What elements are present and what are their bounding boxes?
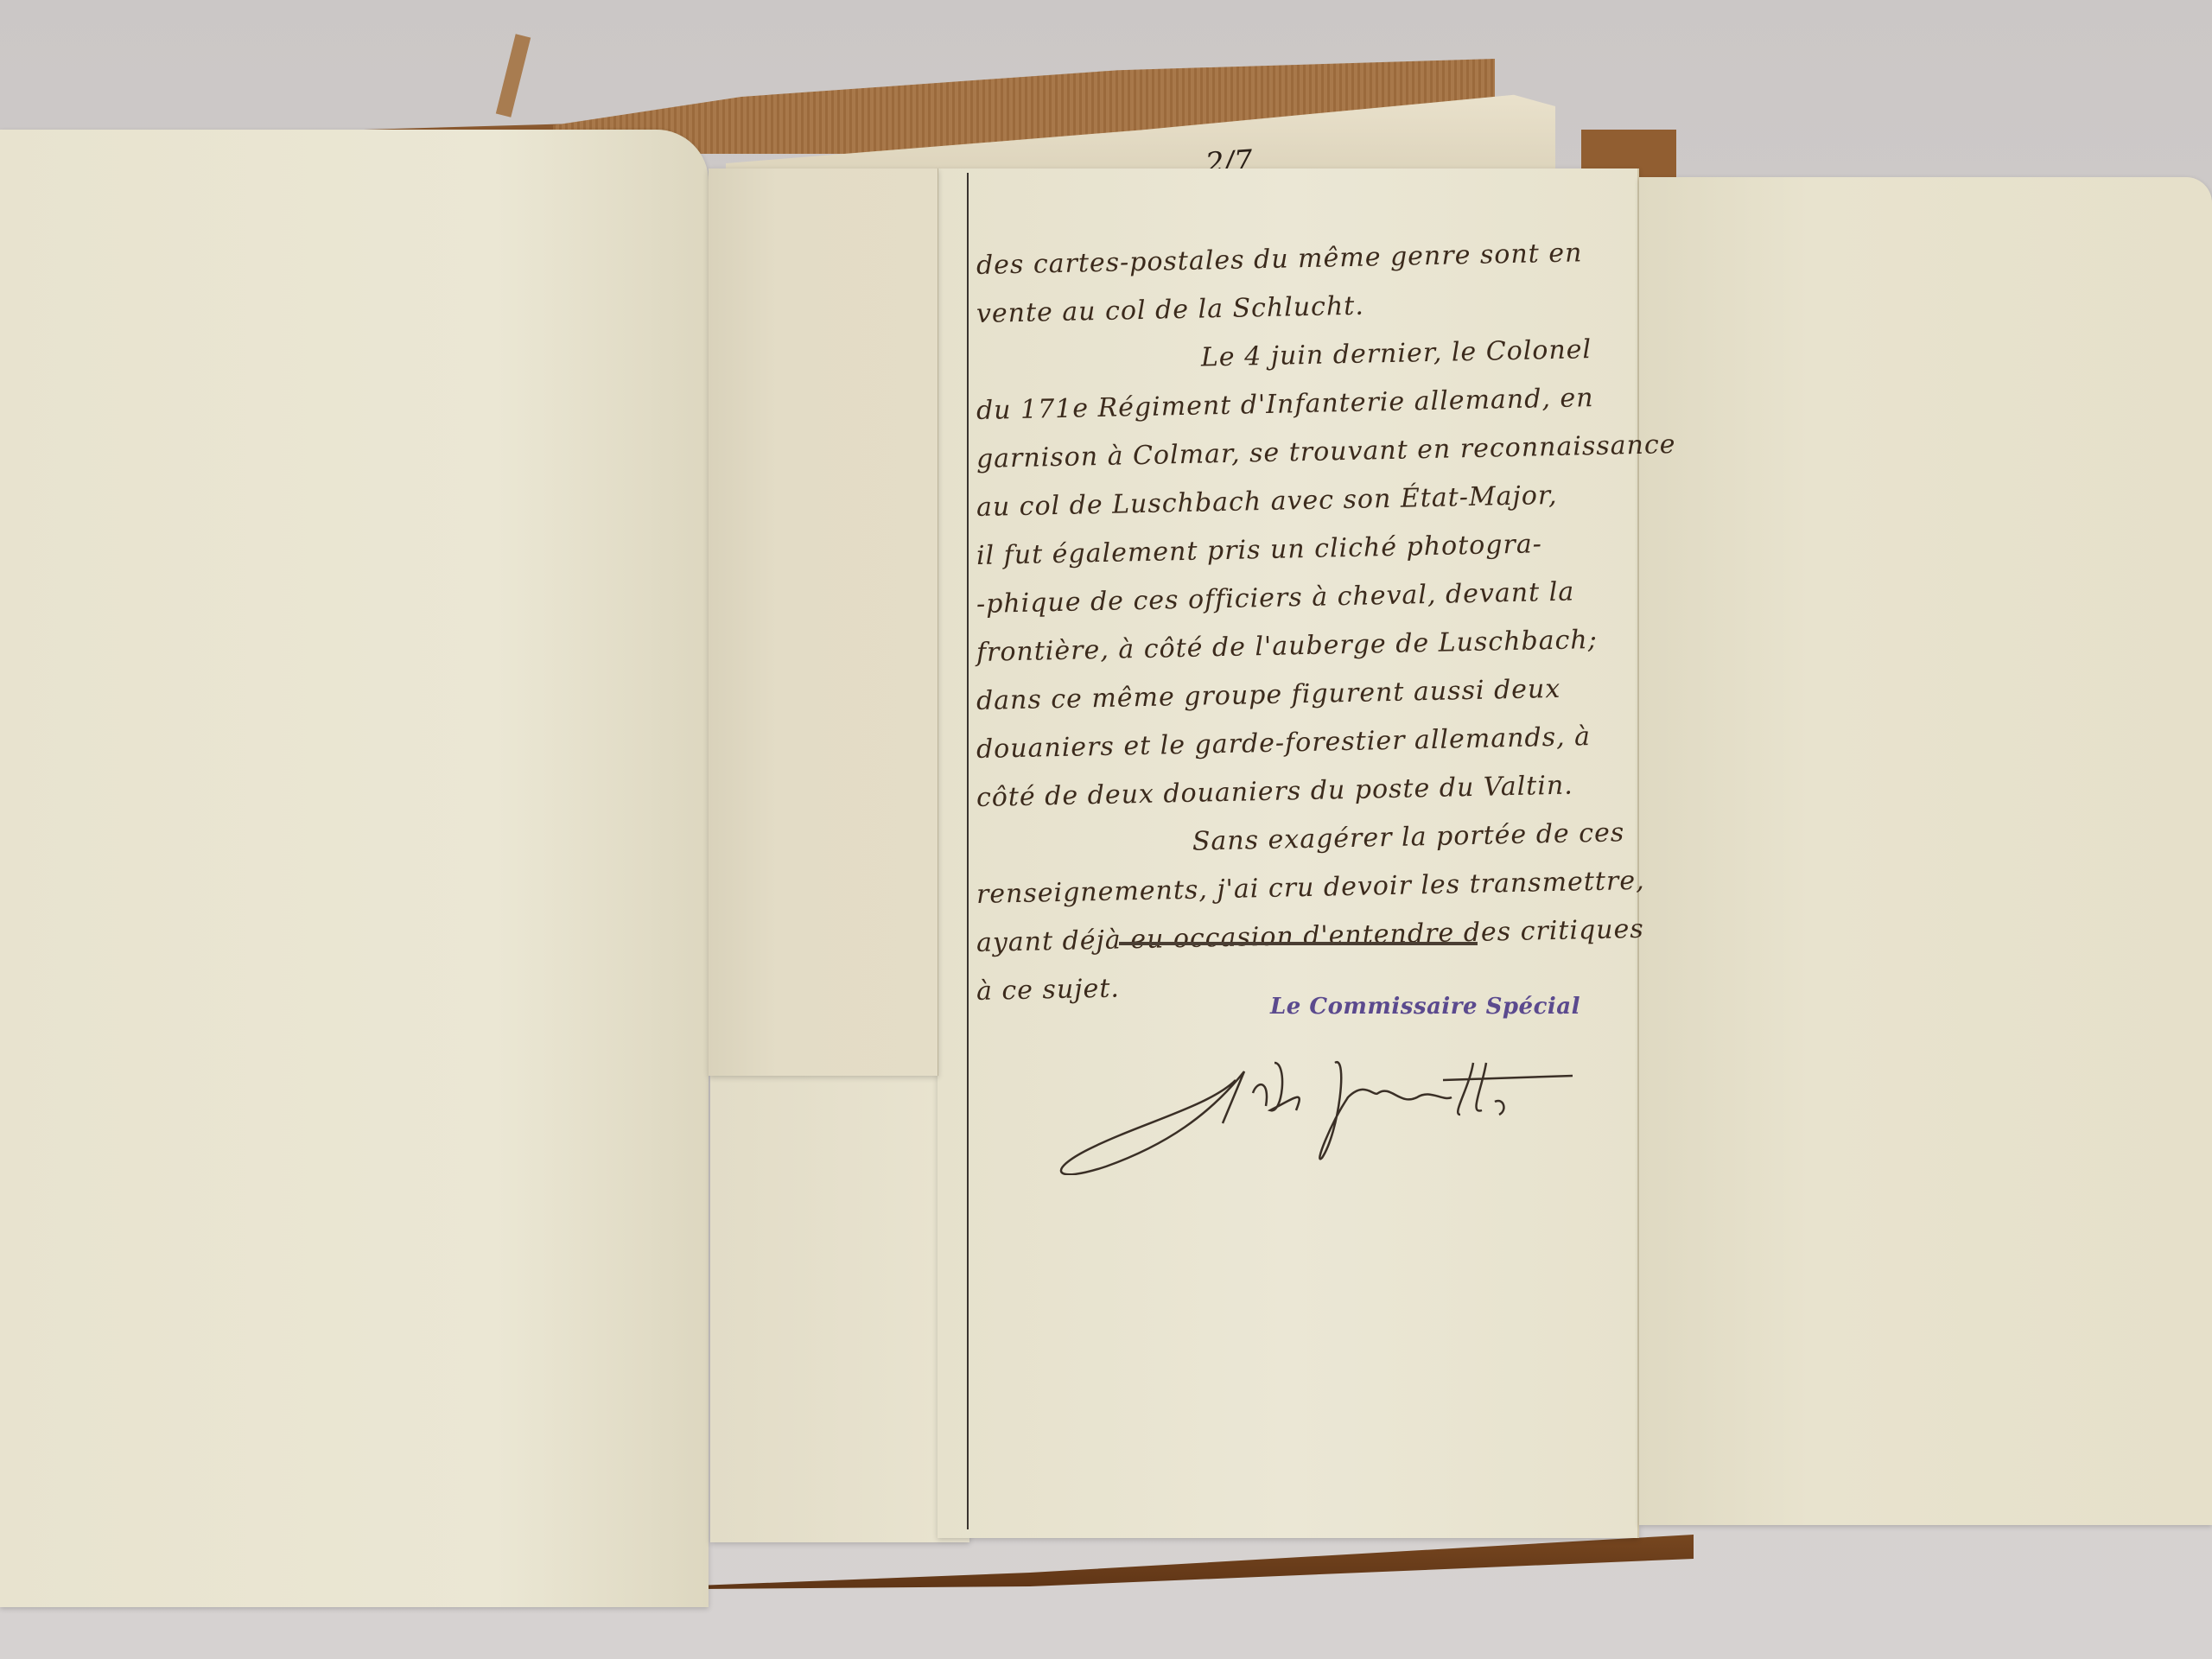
signature: J. Barroult [1037,1028,1607,1175]
separator-rule [1119,942,1478,945]
middle-lower-sheet [710,1076,969,1542]
inserted-paper-strip [709,168,938,1076]
right-blank-page [1639,177,2212,1525]
margin-rule-line [967,173,969,1529]
left-blank-page [0,130,709,1607]
letter-body: des cartes-postales du même genre sont e… [976,242,1633,1016]
signature-text: J. Barroult [1192,1046,1445,1102]
paper-scrap [496,34,531,118]
official-stamp: Le Commissaire Spécial [1270,994,1580,1020]
